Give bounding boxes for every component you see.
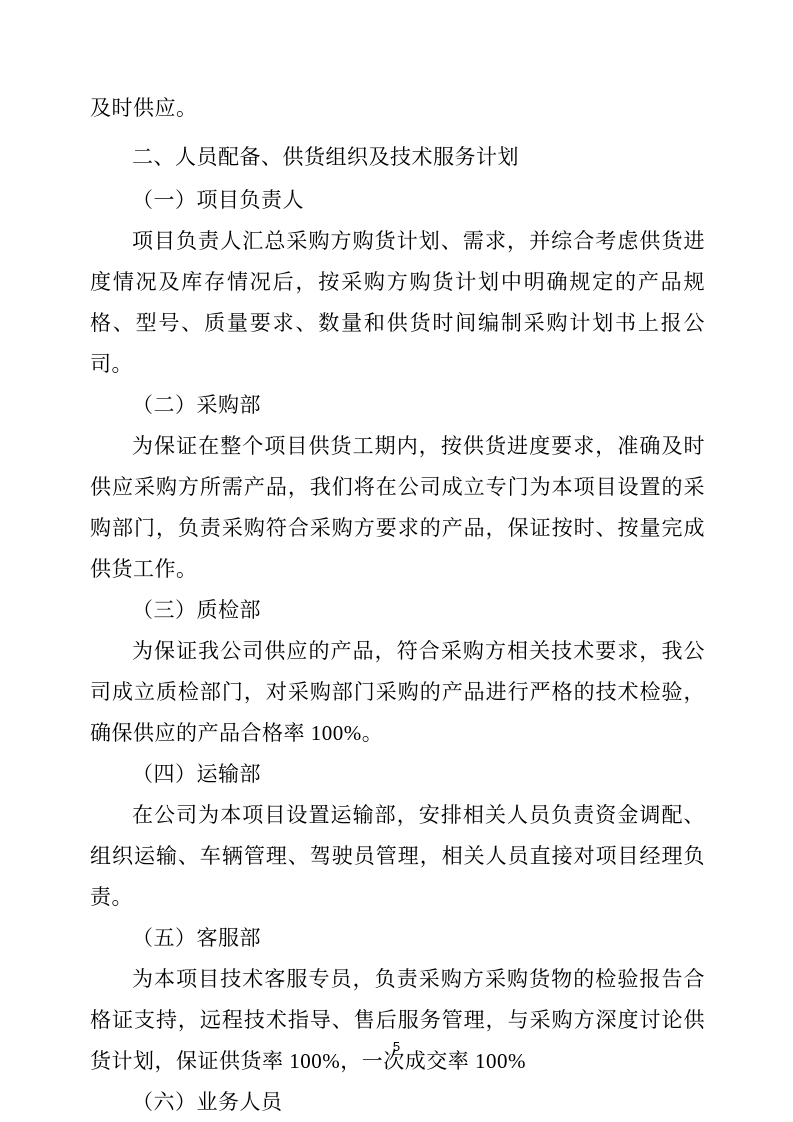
body-paragraph: 为保证我公司供应的产品，符合采购方相关技术要求，我公司成立质检部门，对采购部门采… (90, 631, 705, 754)
page-footer: 5 (0, 1038, 793, 1056)
document-page: 及时供应。 二、人员配备、供货组织及技术服务计划 （一）项目负责人 项目负责人汇… (0, 0, 793, 1122)
subsection-heading: （六）业务人员 (90, 1082, 705, 1122)
subsection-heading: （三）质检部 (90, 590, 705, 631)
subsection-heading: （二）采购部 (90, 385, 705, 426)
paragraph-continuation: 及时供应。 (90, 88, 705, 129)
body-paragraph: 在公司为本项目设置运输部，安排相关人员负责资金调配、组织运输、车辆管理、驾驶员管… (90, 795, 705, 918)
body-paragraph: 项目负责人汇总采购方购货计划、需求，并综合考虑供货进度情况及库存情况后，按采购方… (90, 221, 705, 385)
section-heading: 二、人员配备、供货组织及技术服务计划 (90, 137, 705, 178)
subsection-heading: （五）客服部 (90, 918, 705, 959)
page-content: 及时供应。 二、人员配备、供货组织及技术服务计划 （一）项目负责人 项目负责人汇… (90, 88, 705, 1122)
page-number: 5 (393, 1039, 400, 1054)
subsection-heading: （一）项目负责人 (90, 180, 705, 221)
body-paragraph: 为本项目技术客服专员，负责采购方采购货物的检验报告合格证支持，远程技术指导、售后… (90, 959, 705, 1082)
body-paragraph: 为保证在整个项目供货工期内，按供货进度要求，准确及时供应采购方所需产品，我们将在… (90, 426, 705, 590)
subsection-heading: （四）运输部 (90, 754, 705, 795)
